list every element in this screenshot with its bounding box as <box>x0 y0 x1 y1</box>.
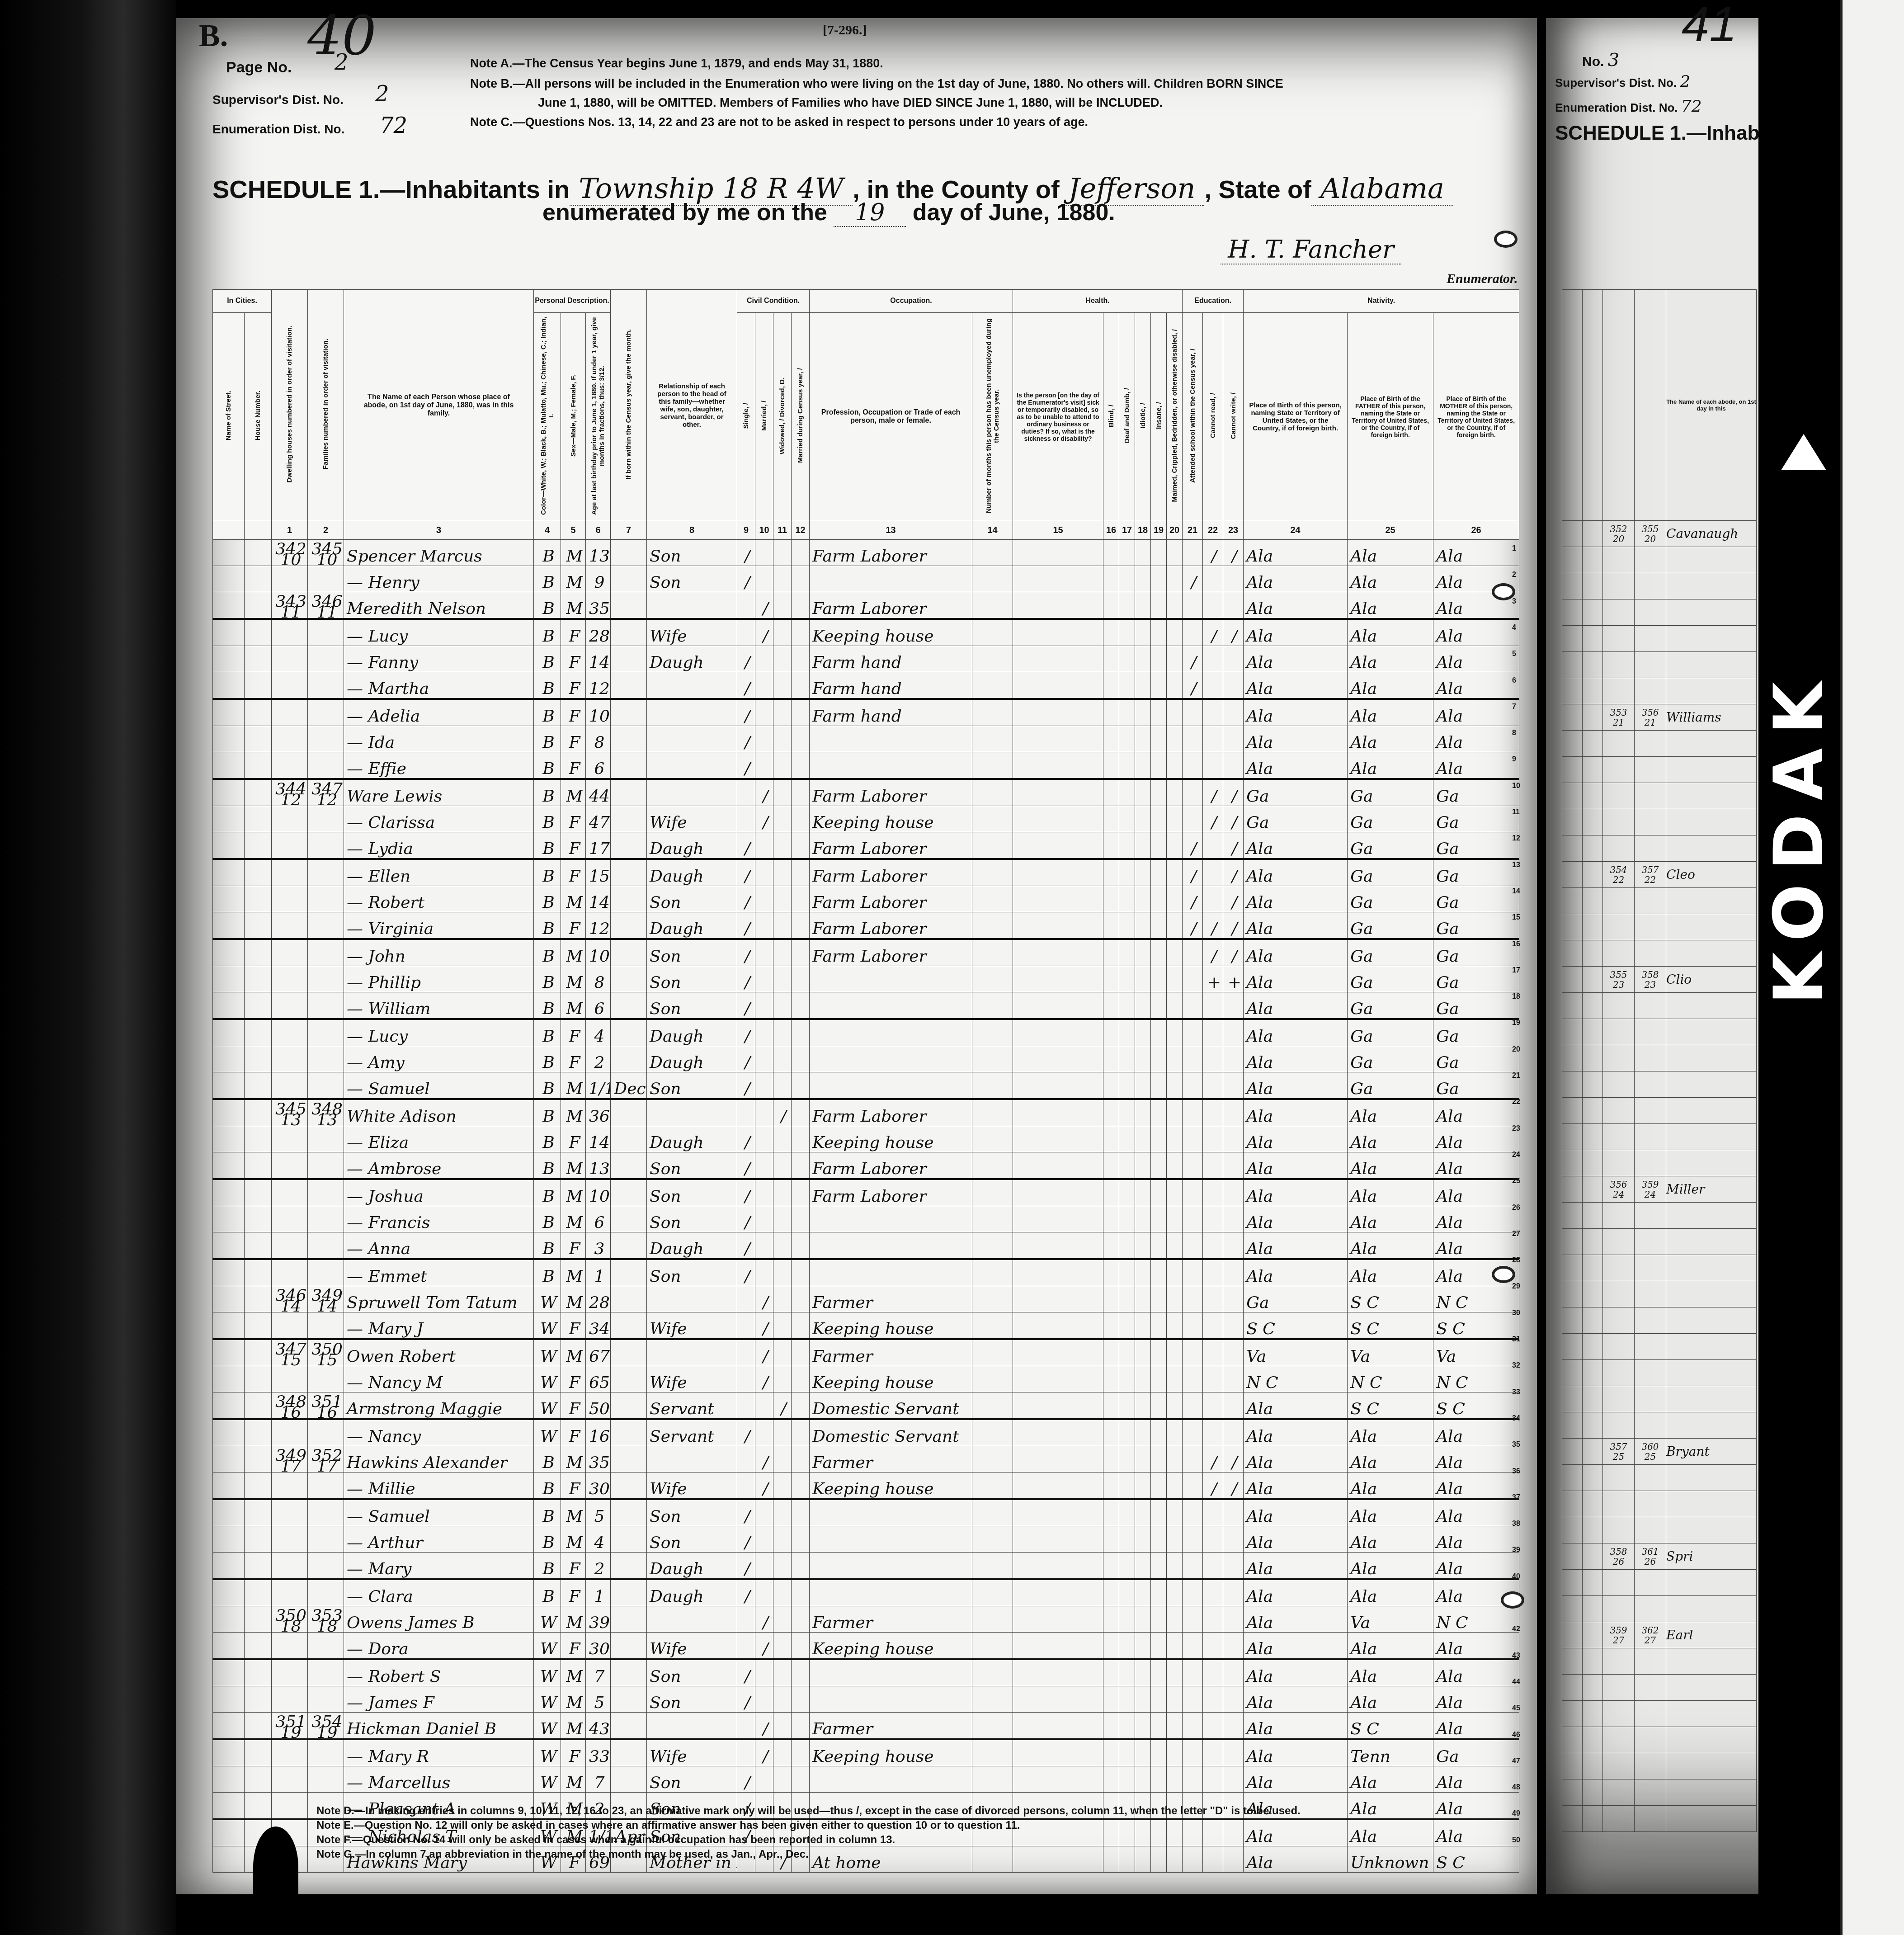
enumerator-signature: H. T. Fancher <box>1221 235 1401 264</box>
next-page-house-cell <box>1583 1386 1603 1412</box>
table-row: — AmyBF2Daugh/AlaGaGa <box>213 1046 1519 1072</box>
cannot-read-mark <box>1203 1126 1223 1152</box>
next-page-fam-cell <box>1635 573 1666 599</box>
cannot-write-mark <box>1223 1713 1244 1740</box>
idiotic-mark <box>1135 1366 1151 1392</box>
sickness-cell <box>1013 1126 1103 1152</box>
occupation-cell: Keeping house <box>810 619 972 646</box>
birthplace-cell: Ala <box>1244 912 1348 939</box>
relationship-cell: Servant <box>647 1419 737 1446</box>
mother-birthplace-cell: Ga <box>1433 886 1519 912</box>
mother-birthplace-cell: Ala <box>1433 1793 1519 1820</box>
cannot-write-mark: / <box>1223 540 1244 566</box>
next-page-street-cell <box>1562 993 1583 1019</box>
married-census-year-mark <box>792 992 810 1019</box>
enumeration-date-line: enumerated by me on the 19 day of June, … <box>542 199 1115 227</box>
married-census-year-mark <box>792 566 810 592</box>
next-page-dw-cell <box>1603 626 1635 652</box>
next-page-street-cell <box>1562 652 1583 678</box>
group-nativity: Nativity. <box>1244 290 1519 313</box>
occupation-cell: Farm Laborer <box>810 540 972 566</box>
insane-mark <box>1151 1179 1167 1206</box>
line-number: 25 <box>1512 1177 1520 1185</box>
family-number-cell <box>308 1419 344 1446</box>
age-cell: 65 <box>586 1366 611 1392</box>
col-school: Attended school within the Census year, … <box>1183 313 1203 521</box>
birth-month-cell <box>611 1686 647 1713</box>
family-number-cell <box>308 1126 344 1152</box>
cannot-read-mark <box>1203 1232 1223 1260</box>
mother-birthplace-cell: Ala <box>1433 1446 1519 1472</box>
next-page-name-cell <box>1666 1098 1757 1124</box>
married-mark <box>755 1553 773 1580</box>
deaf-mark <box>1119 646 1135 672</box>
blind-mark <box>1103 1206 1119 1232</box>
maimed-mark <box>1167 1366 1183 1392</box>
next-page-row <box>1562 652 1757 678</box>
street-cell <box>213 619 245 646</box>
sex-cell: F <box>561 672 586 699</box>
birthplace-cell: N C <box>1244 1366 1348 1392</box>
insane-mark <box>1151 752 1167 779</box>
col-sickness: Is the person [on the day of the Enumera… <box>1013 313 1103 521</box>
idiotic-mark <box>1135 1739 1151 1766</box>
house-cell <box>245 1739 272 1766</box>
blind-mark <box>1103 1526 1119 1553</box>
street-cell <box>213 806 245 832</box>
single-mark: / <box>737 1232 755 1260</box>
line-number: 42 <box>1512 1625 1520 1633</box>
next-page-fam-cell: 356 21 <box>1635 704 1666 731</box>
dwelling-number-cell <box>272 1526 308 1553</box>
sex-cell: F <box>561 1126 586 1152</box>
table-row: — FrancisBM6Son/AlaAlaAla <box>213 1206 1519 1232</box>
next-page-name-cell <box>1666 783 1757 809</box>
sheet-letter: B. <box>199 18 228 54</box>
unemployed-cell <box>972 1099 1013 1126</box>
deaf-mark <box>1119 1579 1135 1606</box>
relationship-cell <box>647 1606 737 1633</box>
next-page-name-cell <box>1666 1229 1757 1255</box>
page-no-label: Page No. <box>226 59 292 76</box>
person-name-cell: — John <box>344 939 534 966</box>
table-row: — AdeliaBF10/Farm handAlaAlaAla <box>213 699 1519 726</box>
married-mark: / <box>755 1739 773 1766</box>
married-mark <box>755 1232 773 1260</box>
occupation-cell <box>810 1553 972 1580</box>
cannot-write-mark <box>1223 1072 1244 1100</box>
color-cell: B <box>534 832 561 859</box>
next-page-name-cell <box>1666 1727 1757 1753</box>
blind-mark <box>1103 566 1119 592</box>
occupation-cell: Keeping house <box>810 1739 972 1766</box>
next-page-house-cell <box>1583 1150 1603 1176</box>
father-birthplace-cell: Ga <box>1348 966 1433 992</box>
line-number: 5 <box>1512 650 1516 658</box>
mother-birthplace-cell: Ala <box>1433 646 1519 672</box>
widowed-mark <box>773 619 792 646</box>
father-birthplace-cell: Va <box>1348 1339 1433 1366</box>
person-name-cell: — Nancy M <box>344 1366 534 1392</box>
school-mark <box>1183 592 1203 619</box>
single-mark: / <box>737 1152 755 1180</box>
next-page-fam-cell <box>1635 1806 1666 1832</box>
next-page-fam-cell <box>1635 1570 1666 1596</box>
deaf-mark <box>1119 1206 1135 1232</box>
married-census-year-mark <box>792 1633 810 1660</box>
next-page-name-cell <box>1666 1517 1757 1543</box>
maimed-mark <box>1167 1392 1183 1420</box>
father-birthplace-cell: Ga <box>1348 1072 1433 1100</box>
next-page-fam-cell <box>1635 1255 1666 1281</box>
insane-mark <box>1151 1259 1167 1286</box>
street-cell <box>213 886 245 912</box>
next-page-row <box>1562 1648 1757 1675</box>
single-mark <box>737 1366 755 1392</box>
line-number: 16 <box>1512 940 1520 949</box>
next-page-street-cell <box>1562 1124 1583 1150</box>
dwelling-number-cell <box>272 1739 308 1766</box>
street-cell <box>213 1126 245 1152</box>
birthplace-cell: Ala <box>1244 992 1348 1019</box>
unemployed-cell <box>972 1553 1013 1580</box>
next-page-fam-cell <box>1635 1229 1666 1255</box>
next-page-house-cell <box>1583 1596 1603 1622</box>
insane-mark <box>1151 1232 1167 1260</box>
father-birthplace-cell: Ala <box>1348 1579 1433 1606</box>
birthplace-cell: Ala <box>1244 1499 1348 1526</box>
birth-month-cell <box>611 832 647 859</box>
married-mark <box>755 1659 773 1686</box>
father-birthplace-cell: Ga <box>1348 886 1433 912</box>
school-mark <box>1183 752 1203 779</box>
next-page-dw-cell: 353 21 <box>1603 704 1635 731</box>
age-cell: 15 <box>586 859 611 886</box>
father-birthplace-cell: Ala <box>1348 566 1433 592</box>
family-number-cell: 347 12 <box>308 779 344 806</box>
col-married: Married, / <box>755 313 773 521</box>
line-number: 14 <box>1512 887 1520 896</box>
married-mark <box>755 1152 773 1180</box>
dwelling-number-cell <box>272 619 308 646</box>
house-cell <box>245 1392 272 1420</box>
next-page-dw-cell: 358 26 <box>1603 1543 1635 1570</box>
next-page-street-cell <box>1562 1570 1583 1596</box>
col-single: Single, / <box>737 313 755 521</box>
column-number: 17 <box>1119 521 1135 540</box>
dwelling-number-cell <box>272 859 308 886</box>
color-cell: W <box>534 1713 561 1740</box>
married-census-year-mark <box>792 779 810 806</box>
next-page-row <box>1562 1386 1757 1412</box>
next-page-dw-cell <box>1603 1570 1635 1596</box>
next-page-fam-cell <box>1635 626 1666 652</box>
street-cell <box>213 1766 245 1793</box>
idiotic-mark <box>1135 1392 1151 1420</box>
next-page-name-cell <box>1666 809 1757 835</box>
unemployed-cell <box>972 779 1013 806</box>
insane-mark <box>1151 966 1167 992</box>
table-row: 348 16351 16Armstrong MaggieWF50Servant/… <box>213 1392 1519 1420</box>
maimed-mark <box>1167 619 1183 646</box>
next-page-house-cell <box>1583 1806 1603 1832</box>
house-cell <box>245 592 272 619</box>
sickness-cell <box>1013 1499 1103 1526</box>
sickness-cell <box>1013 592 1103 619</box>
married-census-year-mark <box>792 1366 810 1392</box>
relationship-cell: Daugh <box>647 1579 737 1606</box>
married-census-year-mark <box>792 1553 810 1580</box>
mother-birthplace-cell: Ga <box>1433 912 1519 939</box>
sex-cell: M <box>561 592 586 619</box>
idiotic-mark <box>1135 1446 1151 1472</box>
line-number: 38 <box>1512 1520 1520 1528</box>
next-page-dw-cell <box>1603 1045 1635 1071</box>
relationship-cell <box>647 726 737 752</box>
school-mark <box>1183 726 1203 752</box>
sickness-cell <box>1013 1179 1103 1206</box>
age-cell: 33 <box>586 1739 611 1766</box>
column-number: 8 <box>647 521 737 540</box>
sex-cell: F <box>561 806 586 832</box>
color-cell: W <box>534 1312 561 1340</box>
idiotic-mark <box>1135 1579 1151 1606</box>
deaf-mark <box>1119 806 1135 832</box>
idiotic-mark <box>1135 1259 1151 1286</box>
next-page-house-cell <box>1583 1019 1603 1045</box>
deaf-mark <box>1119 540 1135 566</box>
color-cell: B <box>534 672 561 699</box>
blind-mark <box>1103 540 1119 566</box>
age-cell: 9 <box>586 566 611 592</box>
sickness-cell <box>1013 1232 1103 1260</box>
birth-month-cell <box>611 1099 647 1126</box>
widowed-mark <box>773 1659 792 1686</box>
table-row: — AnnaBF3Daugh/AlaAlaAla <box>213 1232 1519 1260</box>
mother-birthplace-cell: Ala <box>1433 1686 1519 1713</box>
widowed-mark <box>773 1446 792 1472</box>
cannot-read-mark <box>1203 832 1223 859</box>
next-page-name-cell <box>1666 1281 1757 1307</box>
table-row: — WilliamBM6Son/AlaGaGa <box>213 992 1519 1019</box>
line-number: 23 <box>1512 1125 1520 1133</box>
cannot-read-mark <box>1203 1686 1223 1713</box>
age-cell: 7 <box>586 1659 611 1686</box>
col-dwelling: Dwelling houses numbered in order of vis… <box>272 290 308 521</box>
dwelling-number-cell: 347 15 <box>272 1339 308 1366</box>
cannot-read-mark: / <box>1203 939 1223 966</box>
dwelling-number-cell <box>272 1019 308 1046</box>
column-number: 24 <box>1244 521 1348 540</box>
next-page-street-cell <box>1562 1439 1583 1465</box>
mother-birthplace-cell: Ala <box>1433 619 1519 646</box>
dwelling-number-cell <box>272 1793 308 1820</box>
column-number: 26 <box>1433 521 1519 540</box>
house-cell <box>245 1472 272 1500</box>
next-page-dw-cell <box>1603 1360 1635 1386</box>
age-cell: 4 <box>586 1526 611 1553</box>
next-page-street-cell <box>1562 1334 1583 1360</box>
next-page-house-cell <box>1583 1779 1603 1806</box>
mother-birthplace-cell: N C <box>1433 1286 1519 1312</box>
widowed-mark <box>773 1366 792 1392</box>
father-birthplace-cell: S C <box>1348 1713 1433 1740</box>
table-row: — Nancy MWF65Wife/Keeping houseN CN CN C <box>213 1366 1519 1392</box>
idiotic-mark <box>1135 1232 1151 1260</box>
occupation-cell: Domestic Servant <box>810 1419 972 1446</box>
cannot-write-mark <box>1223 1179 1244 1206</box>
state-prefix: , State of <box>1204 175 1311 203</box>
occupation-cell: Keeping house <box>810 806 972 832</box>
occupation-cell: Farm Laborer <box>810 832 972 859</box>
blind-mark <box>1103 1046 1119 1072</box>
next-page-fam-cell <box>1635 914 1666 940</box>
next-page-house-cell <box>1583 940 1603 967</box>
cannot-read-mark <box>1203 1072 1223 1100</box>
color-cell: B <box>534 619 561 646</box>
age-cell: 13 <box>586 1152 611 1180</box>
married-census-year-mark <box>792 1312 810 1340</box>
cannot-read-mark: / <box>1203 1472 1223 1500</box>
color-cell: B <box>534 779 561 806</box>
cannot-write-mark <box>1223 992 1244 1019</box>
next-page-dw-cell <box>1603 599 1635 626</box>
next-page-name-cell <box>1666 652 1757 678</box>
birth-month-cell <box>611 806 647 832</box>
maimed-mark <box>1167 1206 1183 1232</box>
single-mark <box>737 806 755 832</box>
married-mark <box>755 992 773 1019</box>
street-cell <box>213 699 245 726</box>
line-number: 7 <box>1512 703 1516 711</box>
cannot-read-mark <box>1203 1633 1223 1660</box>
next-page-name-cell <box>1666 626 1757 652</box>
sickness-cell <box>1013 1366 1103 1392</box>
next-page-street-cell <box>1562 1465 1583 1491</box>
married-census-year-mark <box>792 1579 810 1606</box>
street-cell <box>213 672 245 699</box>
occupation-cell: Keeping house <box>810 1312 972 1340</box>
next-page-row: 359 27362 27Earl <box>1562 1622 1757 1648</box>
cannot-write-mark <box>1223 1526 1244 1553</box>
insane-mark <box>1151 1152 1167 1180</box>
next-page-row: 356 24359 24Miller <box>1562 1176 1757 1203</box>
single-mark: / <box>737 1766 755 1793</box>
mother-birthplace-cell: Ga <box>1433 939 1519 966</box>
dwelling-number-cell <box>272 1499 308 1526</box>
enumerated-prefix: enumerated by me on the <box>542 199 827 226</box>
next-page-dw-cell <box>1603 1098 1635 1124</box>
sex-cell: F <box>561 1312 586 1340</box>
unemployed-cell <box>972 1526 1013 1553</box>
unemployed-cell <box>972 646 1013 672</box>
widowed-mark <box>773 1206 792 1232</box>
dwelling-number-cell <box>272 1686 308 1713</box>
color-cell: B <box>534 699 561 726</box>
next-page-dw-cell <box>1603 1753 1635 1779</box>
married-census-year-mark <box>792 1739 810 1766</box>
house-cell <box>245 1206 272 1232</box>
deaf-mark <box>1119 1152 1135 1180</box>
deaf-mark <box>1119 1232 1135 1260</box>
insane-mark <box>1151 779 1167 806</box>
street-cell <box>213 992 245 1019</box>
relationship-cell: Son <box>647 1259 737 1286</box>
birthplace-cell: Ala <box>1244 1152 1348 1180</box>
occupation-cell: Farm hand <box>810 646 972 672</box>
cannot-write-mark: / <box>1223 619 1244 646</box>
family-number-cell: 345 10 <box>308 540 344 566</box>
cannot-write-mark <box>1223 1126 1244 1152</box>
next-page-house-cell <box>1583 1412 1603 1439</box>
widowed-mark <box>773 752 792 779</box>
deaf-mark <box>1119 1312 1135 1340</box>
insane-mark <box>1151 619 1167 646</box>
relationship-cell: Daugh <box>647 832 737 859</box>
next-page-row <box>1562 1071 1757 1098</box>
next-page-fam-cell <box>1635 1491 1666 1517</box>
cannot-write-mark <box>1223 1152 1244 1180</box>
line-number: 37 <box>1512 1494 1520 1502</box>
father-birthplace-cell: Ala <box>1348 726 1433 752</box>
deaf-mark <box>1119 1099 1135 1126</box>
line-number: 2 <box>1512 571 1516 579</box>
mother-birthplace-cell: Ala <box>1433 1659 1519 1686</box>
next-page-house-cell <box>1583 1648 1603 1675</box>
age-cell: 16 <box>586 1419 611 1446</box>
maimed-mark <box>1167 1019 1183 1046</box>
blind-mark <box>1103 1766 1119 1793</box>
next-page-house-cell <box>1583 757 1603 783</box>
sickness-cell <box>1013 1312 1103 1340</box>
color-cell: W <box>534 1286 561 1312</box>
column-number: 21 <box>1183 521 1203 540</box>
married-mark: / <box>755 1366 773 1392</box>
married-mark <box>755 1099 773 1126</box>
family-number-cell <box>308 939 344 966</box>
cannot-write-mark <box>1223 1392 1244 1420</box>
married-mark <box>755 1126 773 1152</box>
maimed-mark <box>1167 566 1183 592</box>
next-page-name-cell <box>1666 993 1757 1019</box>
father-birthplace-cell: Ala <box>1348 619 1433 646</box>
person-name-cell: Meredith Nelson <box>344 592 534 619</box>
married-mark <box>755 1072 773 1100</box>
married-mark <box>755 1206 773 1232</box>
table-row: — LucyBF4Daugh/AlaGaGa <box>213 1019 1519 1046</box>
idiotic-mark <box>1135 1286 1151 1312</box>
cannot-read-mark <box>1203 1713 1223 1740</box>
school-mark <box>1183 779 1203 806</box>
next-page-dw-cell: 359 27 <box>1603 1622 1635 1648</box>
sex-cell: M <box>561 1339 586 1366</box>
street-cell <box>213 1553 245 1580</box>
relationship-cell: Wife <box>647 1312 737 1340</box>
idiotic-mark <box>1135 1499 1151 1526</box>
occupation-cell: Farm Laborer <box>810 1099 972 1126</box>
relationship-cell: Daugh <box>647 859 737 886</box>
next-page-house-cell <box>1583 1727 1603 1753</box>
next-page-street-cell <box>1562 678 1583 704</box>
house-cell <box>245 1419 272 1446</box>
line-number: 47 <box>1512 1757 1520 1765</box>
insane-mark <box>1151 1472 1167 1500</box>
col-unemployed: Number of months this person has been un… <box>972 313 1013 521</box>
age-cell: 36 <box>586 1099 611 1126</box>
cannot-write-mark <box>1223 1419 1244 1446</box>
color-cell: W <box>534 1366 561 1392</box>
mother-birthplace-cell: Ala <box>1433 699 1519 726</box>
